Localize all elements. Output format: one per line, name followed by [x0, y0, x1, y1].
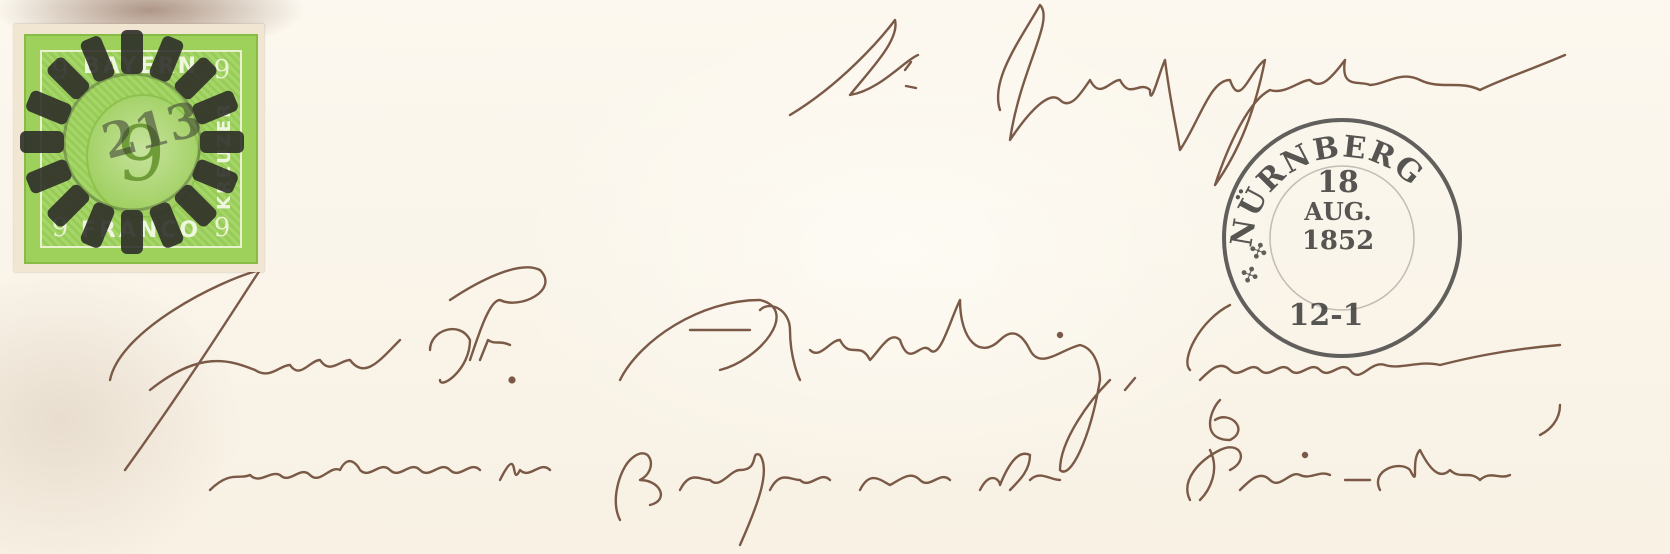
postmark-time: 12-1 — [1276, 298, 1376, 333]
postmark-year: 1852 — [1290, 226, 1386, 256]
postmark-date: 18 AUG. 1852 — [1290, 168, 1386, 256]
postage-stamp: 9 9 9 9 BAYERN KREUZER FRANCO 9 — [14, 24, 264, 272]
postmark-month: AUG. — [1290, 198, 1386, 226]
postmark-day: 18 — [1290, 168, 1386, 198]
